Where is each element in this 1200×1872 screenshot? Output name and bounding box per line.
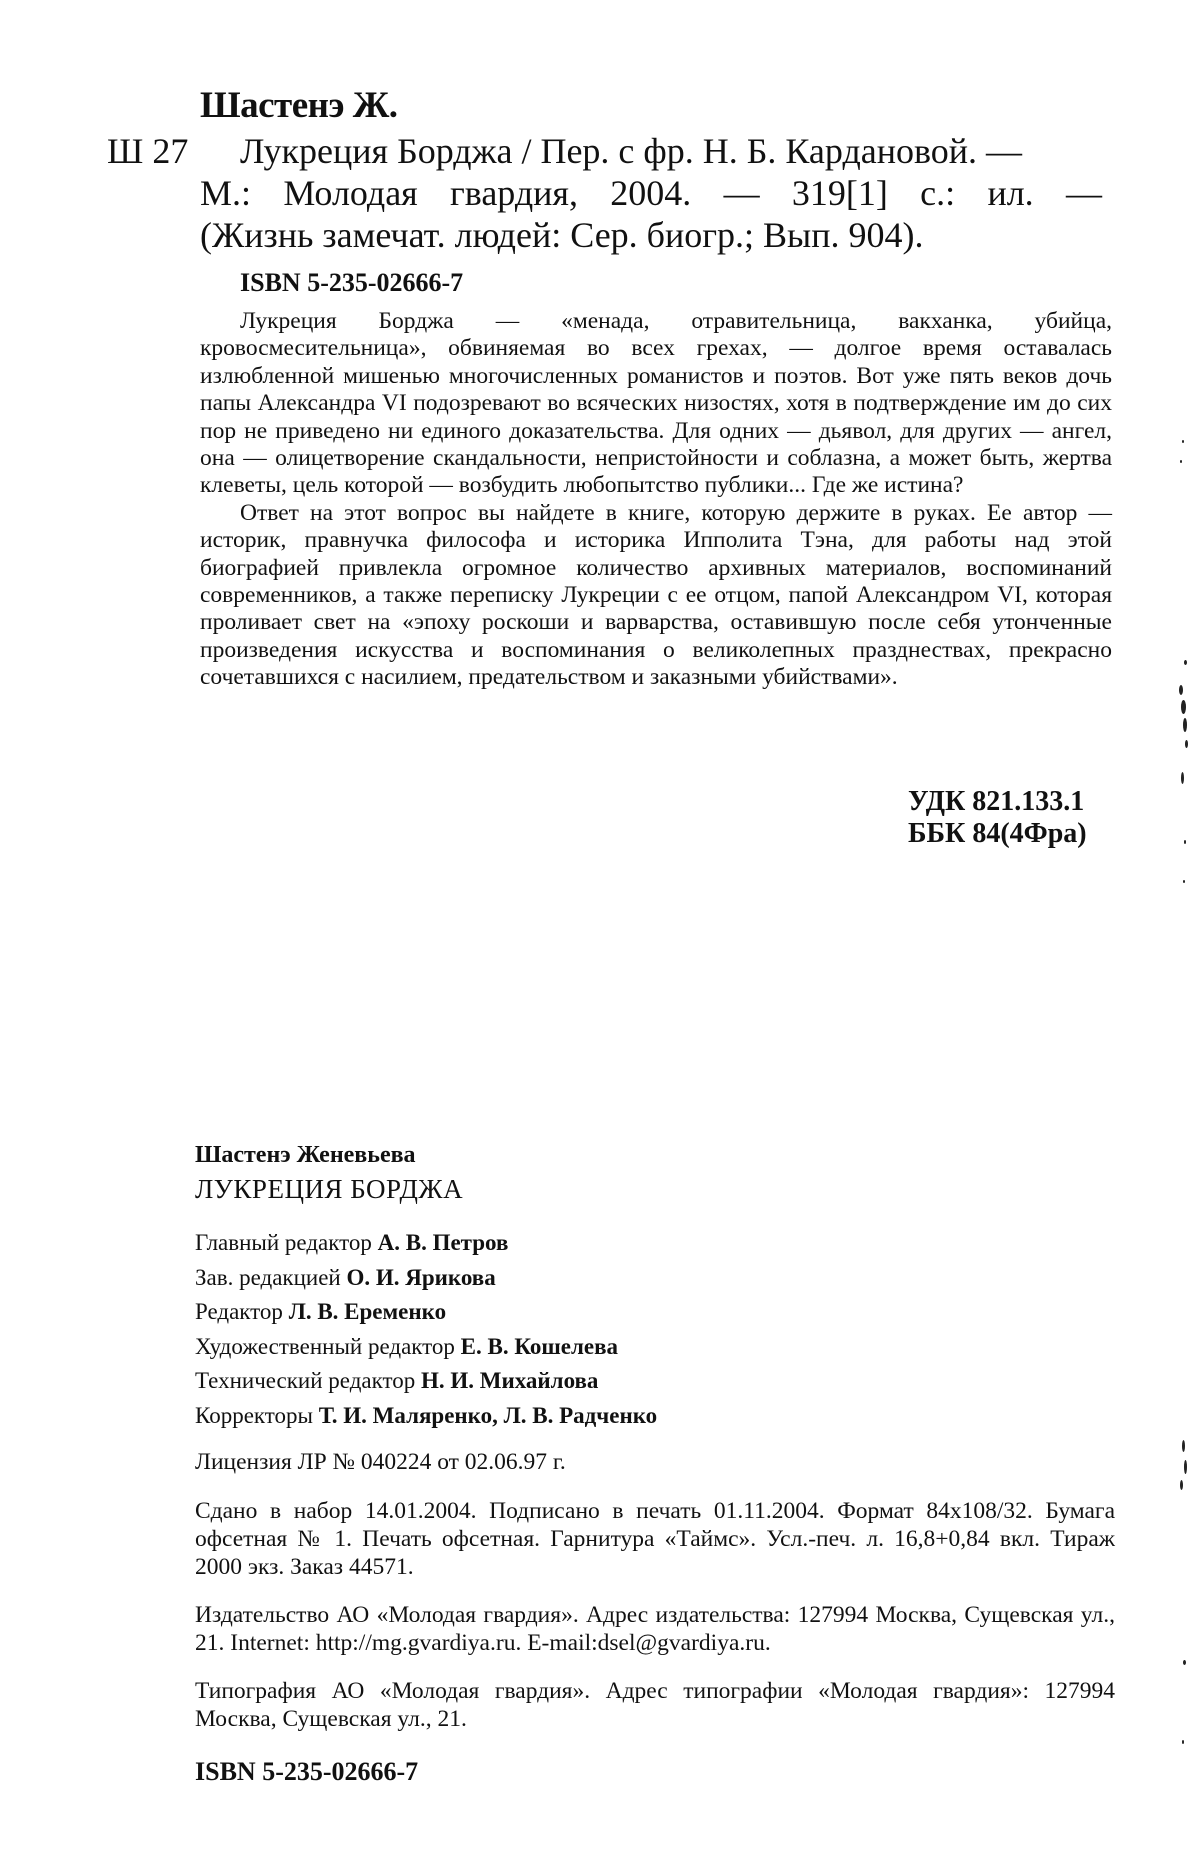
credit-line: Зав. редакцией О. И. Ярикова <box>195 1261 1115 1296</box>
credit-line: Главный редактор А. В. Петров <box>195 1226 1115 1261</box>
credit-line: Корректоры Т. И. Маляренко, Л. В. Радчен… <box>195 1399 1115 1434</box>
print-details: Сдано в набор 14.01.2004. Подписано в пе… <box>195 1497 1115 1581</box>
imprint: Шастенэ Женевьева ЛУКРЕЦИЯ БОРДЖА Главны… <box>195 1140 1115 1787</box>
credit-role: Главный редактор <box>195 1230 372 1255</box>
credit-name: А. В. Петров <box>378 1230 509 1255</box>
credit-role: Технический редактор <box>195 1368 415 1393</box>
isbn-top: ISBN 5-235-02666-7 <box>240 268 463 298</box>
imprint-title: ЛУКРЕЦИЯ БОРДЖА <box>195 1170 1115 1208</box>
credit-name: Т. И. Маляренко, Л. В. Радченко <box>319 1403 657 1428</box>
classifiers: УДК 821.133.1 ББК 84(4Фра) <box>908 786 1087 850</box>
publisher-address: Издательство АО «Молодая гвардия». Адрес… <box>195 1601 1115 1657</box>
credit-name: О. И. Ярикова <box>346 1265 495 1290</box>
credit-name: Л. В. Еременко <box>289 1299 446 1324</box>
annotation-paragraph: Лукреция Борджа — «менада, отравительниц… <box>200 308 1112 500</box>
annotation-paragraph: Ответ на этот вопрос вы найдете в книге,… <box>200 500 1112 692</box>
credit-role: Зав. редакцией <box>195 1265 341 1290</box>
credit-line: Технический редактор Н. И. Михайлова <box>195 1364 1115 1399</box>
bbk-code: ББК 84(4Фра) <box>908 818 1087 850</box>
credit-name: Н. И. Михайлова <box>421 1368 598 1393</box>
credit-role: Художественный редактор <box>195 1334 455 1359</box>
annotation: Лукреция Борджа — «менада, отравительниц… <box>200 308 1112 692</box>
credit-role: Редактор <box>195 1299 283 1324</box>
credit-name: Е. В. Кошелева <box>461 1334 618 1359</box>
bib-line-title: Лукреция Борджа / Пер. с фр. Н. Б. Карда… <box>240 130 1102 172</box>
isbn-bottom: ISBN 5-235-02666-7 <box>195 1757 1115 1787</box>
udk-code: УДК 821.133.1 <box>908 786 1087 818</box>
license-line: Лицензия ЛР № 040224 от 02.06.97 г. <box>195 1447 1115 1477</box>
bib-line-publisher: М.: Молодая гвардия, 2004. — 319[1] с.: … <box>200 172 1102 214</box>
credit-line: Редактор Л. В. Еременко <box>195 1295 1115 1330</box>
credit-line: Художественный редактор Е. В. Кошелева <box>195 1330 1115 1365</box>
imprint-author: Шастенэ Женевьева <box>195 1140 1115 1170</box>
printer-address: Типография АО «Молодая гвардия». Адрес т… <box>195 1677 1115 1733</box>
credits-list: Главный редактор А. В. Петров Зав. редак… <box>195 1226 1115 1433</box>
author-heading: Шастенэ Ж. <box>200 84 398 127</box>
bib-line-series: (Жизнь замечат. людей: Сер. биогр.; Вып.… <box>200 214 923 256</box>
catalog-code: Ш 27 <box>107 130 188 172</box>
credit-role: Корректоры <box>195 1403 313 1428</box>
scan-noise <box>1180 400 1200 1800</box>
